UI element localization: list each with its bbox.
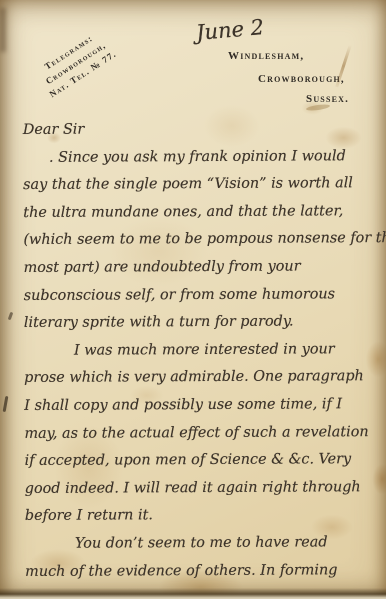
body-line: You don’t seem to me to have read	[25, 529, 383, 558]
letter-photograph: Telegrams: Crowborough, Nat. Tel. № 77. …	[0, 0, 386, 599]
address-line-sussex: Sussex.	[306, 93, 349, 105]
address-line-crowborough: Crowborough,	[258, 73, 345, 85]
body-line: . Since you ask my frank opinion I would	[23, 143, 381, 172]
corner-shadow	[0, 8, 6, 52]
body-line: prose which is very admirable. One parag…	[24, 363, 382, 392]
paper-bottom-edge	[0, 588, 386, 599]
body-line: subconscious self, or from some humorous	[24, 281, 382, 310]
body-line: if accepted, upon men of Science & &c. V…	[25, 446, 383, 475]
salutation: Dear Sir	[23, 115, 381, 144]
margin-ink-mark	[3, 396, 9, 412]
margin-ink-speck	[8, 312, 14, 321]
body-line: may, as to the actual effect of such a r…	[24, 419, 382, 448]
body-line: say that the single poem “Vision” is wor…	[23, 170, 381, 199]
body-line: literary sprite with a turn for parody.	[24, 308, 382, 337]
body-line: I was much more interested in your	[24, 336, 382, 365]
body-line: much of the evidence of others. In formi…	[25, 557, 383, 586]
body-line: good indeed. I will read it again right …	[25, 474, 383, 503]
body-line: (which seem to me to be pompous nonsense…	[23, 225, 381, 254]
address-line-windlesham: Windlesham,	[228, 50, 304, 62]
handwritten-date: June 2	[195, 15, 265, 45]
body-line: I shall copy and possibly use some time,…	[24, 391, 382, 420]
body-line: most part) are undoubtedly from your	[23, 253, 381, 282]
body-line: before I return it.	[25, 501, 383, 530]
letter-body: Dear Sir . Since you ask my frank opinio…	[23, 115, 383, 586]
letterhead-telegrams: Telegrams: Crowborough, Nat. Tel. № 77.	[7, 9, 146, 118]
telegrams-line-2: Crowborough,	[14, 20, 138, 107]
body-line: the ultra mundane ones, and that the lat…	[23, 198, 381, 227]
